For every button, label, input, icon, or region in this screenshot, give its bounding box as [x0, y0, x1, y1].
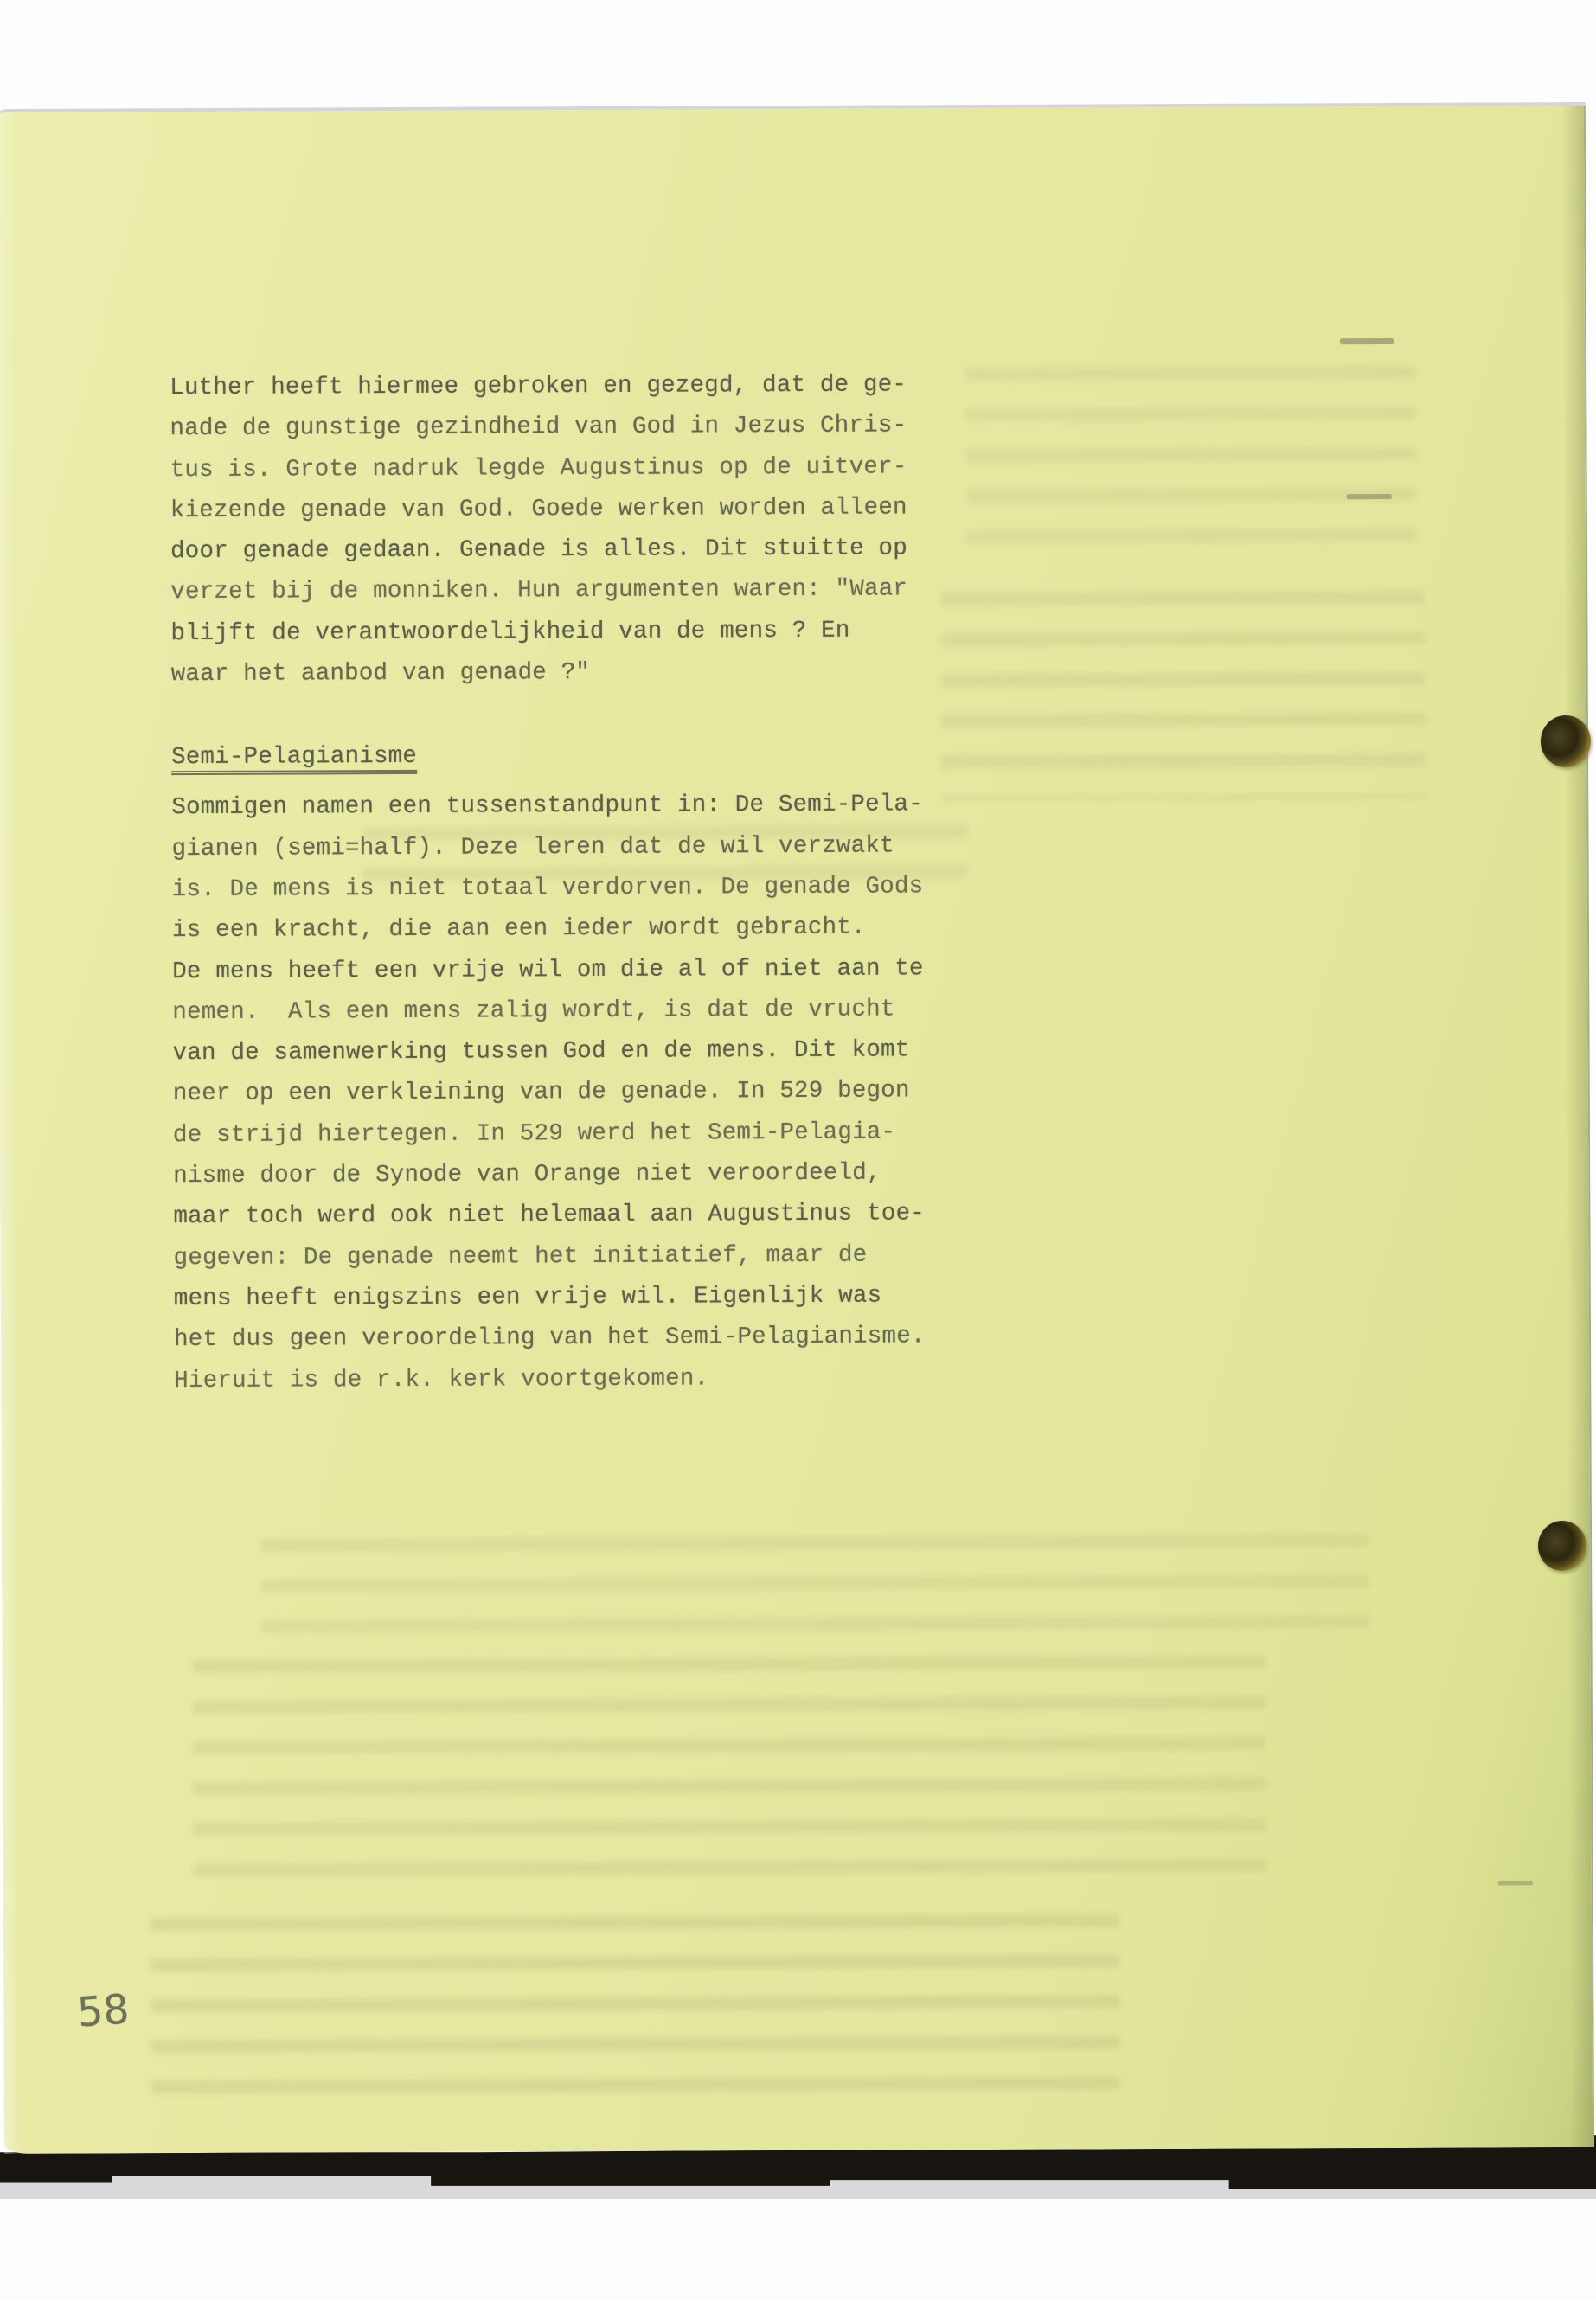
bleedthrough-smudge [151, 1913, 1120, 2118]
pencil-mark [1347, 494, 1392, 499]
text-line: De mens heeft een vrije wil om die al of… [172, 955, 924, 999]
text-line: nisme door de Synode van Orange niet ver… [173, 1159, 925, 1203]
bleedthrough-smudge [193, 1656, 1266, 1885]
text-line: gegeven: De genade neemt het initiatief,… [174, 1241, 926, 1285]
text-line: het dus geen veroordeling van het Semi-P… [174, 1324, 926, 1368]
text-line: mens heeft enigszins een vrije wil. Eige… [174, 1282, 926, 1326]
text-line: Luther heeft hiermee gebroken en gezegd,… [170, 371, 921, 415]
binder-fastener-icon [1541, 715, 1591, 767]
paragraph-luther: Luther heeft hiermee gebroken en gezegd,… [170, 371, 922, 702]
text-line: gianen (semi=half). Deze leren dat de wi… [172, 832, 924, 876]
text-block: Luther heeft hiermee gebroken en gezegd,… [170, 371, 926, 1408]
binder-fastener-icon [1538, 1521, 1586, 1571]
text-line: Hieruit is de r.k. kerk voortgekomen. [174, 1364, 926, 1408]
pencil-mark [1498, 1881, 1533, 1885]
text-line: nemen. Als een mens zalig wordt, is dat … [172, 996, 924, 1040]
page-left-highlight [0, 112, 23, 2154]
heading-row: Semi-Pelagianisme [171, 741, 923, 785]
scanned-document: Luther heeft hiermee gebroken en gezegd,… [0, 0, 1596, 2301]
section-heading: Semi-Pelagianisme [171, 743, 417, 775]
text-line: van de samenwerking tussen God en de men… [173, 1037, 925, 1081]
text-line: blijft de verantwoordelijkheid van de me… [170, 617, 922, 661]
paper-sheet: Luther heeft hiermee gebroken en gezegd,… [0, 106, 1594, 2154]
page-number: 58 [75, 1985, 131, 2036]
text-line: is. De mens is niet totaal verdorven. De… [172, 873, 924, 917]
text-line: door genade gedaan. Genade is alles. Dit… [170, 535, 922, 580]
text-line: Sommigen namen een tussenstandpunt in: D… [171, 792, 923, 836]
bleedthrough-smudge [940, 591, 1426, 800]
pencil-mark [1340, 338, 1394, 344]
text-line: neer op een verkleining van de genade. I… [173, 1078, 925, 1122]
text-line: is een kracht, die aan een ieder wordt g… [172, 914, 924, 958]
text-line: kiezende genade van God. Goede werken wo… [170, 494, 922, 538]
bleedthrough-smudge [965, 366, 1416, 549]
text-line: tus is. Grote nadruk legde Augustinus op… [170, 453, 922, 497]
text-line: maar toch werd ook niet helemaal aan Aug… [173, 1201, 925, 1245]
paragraph-semi-pelagianisme: Sommigen namen een tussenstandpunt in: D… [171, 792, 926, 1408]
page-right-edge-shading [1561, 106, 1593, 2147]
text-line: nade de gunstige gezindheid van God in J… [170, 413, 921, 457]
bleedthrough-smudge [261, 1534, 1368, 1636]
text-line: de strijd hiertegen. In 529 werd het Sem… [173, 1118, 925, 1163]
text-line: waar het aanbod van genade ?" [171, 657, 923, 702]
text-line: verzet bij de monniken. Hun argumenten w… [170, 576, 922, 620]
